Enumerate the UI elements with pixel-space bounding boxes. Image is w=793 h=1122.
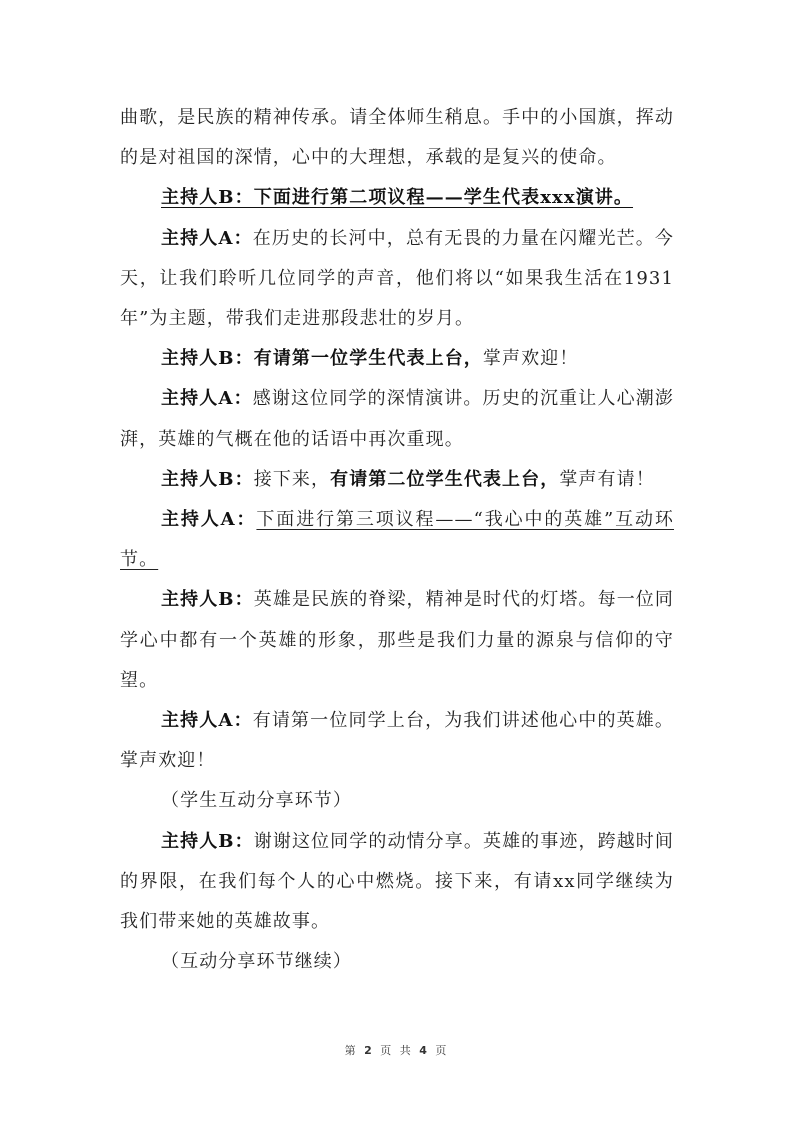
paragraph: 主持人B：英雄是民族的脊梁，精神是时代的灯塔。每一位同学心中都有一个英雄的形象，… <box>120 580 674 701</box>
paragraph: 主持人B：接下来，有请第二位学生代表上台，掌声有请！ <box>120 460 674 500</box>
paragraph-text: 有请第二位学生代表上台， <box>330 469 559 490</box>
paragraph: 曲歌，是民族的精神传承。请全体师生稍息。手中的小国旗，挥动的是对祖国的深情，心中… <box>120 98 674 178</box>
total-page-number: 4 <box>419 1044 429 1057</box>
paragraph: 主持人A：有请第一位同学上台，为我们讲述他心中的英雄。掌声欢迎！ <box>120 701 674 781</box>
current-page-number: 2 <box>364 1044 374 1057</box>
speaker-text: 主持人A： <box>161 388 253 409</box>
paragraph: （互动分享环节继续） <box>120 942 674 982</box>
paragraph: 主持人A：下面进行第三项议程——“我心中的英雄”互动环节。 <box>120 500 674 580</box>
paragraph: 主持人A：在历史的长河中，总有无畏的力量在闪耀光芒。今天，让我们聆听几位同学的声… <box>120 219 674 340</box>
paragraph-text: 掌声欢迎！ <box>483 348 579 369</box>
paragraph-text: （学生互动分享环节） <box>161 790 352 811</box>
speaker-text: 主持人A： <box>161 228 253 249</box>
page-footer: 第 2 页 共 4 页 <box>0 1042 793 1058</box>
speaker-text: 主持人A： <box>161 710 253 731</box>
speaker-text: 主持人B： <box>161 589 254 610</box>
paragraph: 主持人B：有请第一位学生代表上台，掌声欢迎！ <box>120 339 674 379</box>
paragraph-text: 掌声有请！ <box>559 469 655 490</box>
paragraph-text: 接下来， <box>254 469 330 490</box>
paragraph-text: （互动分享环节继续） <box>161 951 352 972</box>
document-body: 曲歌，是民族的精神传承。请全体师生稍息。手中的小国旗，挥动的是对祖国的深情，心中… <box>120 98 674 982</box>
footer-suffix: 页 <box>435 1044 448 1057</box>
paragraph: 主持人B：谢谢这位同学的动情分享。英雄的事迹，跨越时间的界限，在我们每个人的心中… <box>120 822 674 943</box>
document-page: 曲歌，是民族的精神传承。请全体师生稍息。手中的小国旗，挥动的是对祖国的深情，心中… <box>0 0 793 1122</box>
speaker-text: 主持人B：有请第一位学生代表上台， <box>161 348 483 369</box>
footer-mid: 页 共 <box>380 1044 413 1057</box>
speaker-text: 主持人B： <box>161 831 254 852</box>
footer-prefix: 第 <box>345 1044 358 1057</box>
paragraph-text: 曲歌，是民族的精神传承。请全体师生稍息。手中的小国旗，挥动的是对祖国的深情，心中… <box>120 107 674 168</box>
paragraph: （学生互动分享环节） <box>120 781 674 821</box>
speaker-text: 主持人A： <box>161 509 256 530</box>
paragraph: 主持人B：下面进行第二项议程——学生代表xxx演讲。 <box>120 178 674 218</box>
speaker-text: 主持人B： <box>161 469 254 490</box>
speaker-text: 主持人B：下面进行第二项议程——学生代表xxx演讲。 <box>161 187 633 208</box>
paragraph: 主持人A：感谢这位同学的深情演讲。历史的沉重让人心潮澎湃，英雄的气概在他的话语中… <box>120 379 674 459</box>
